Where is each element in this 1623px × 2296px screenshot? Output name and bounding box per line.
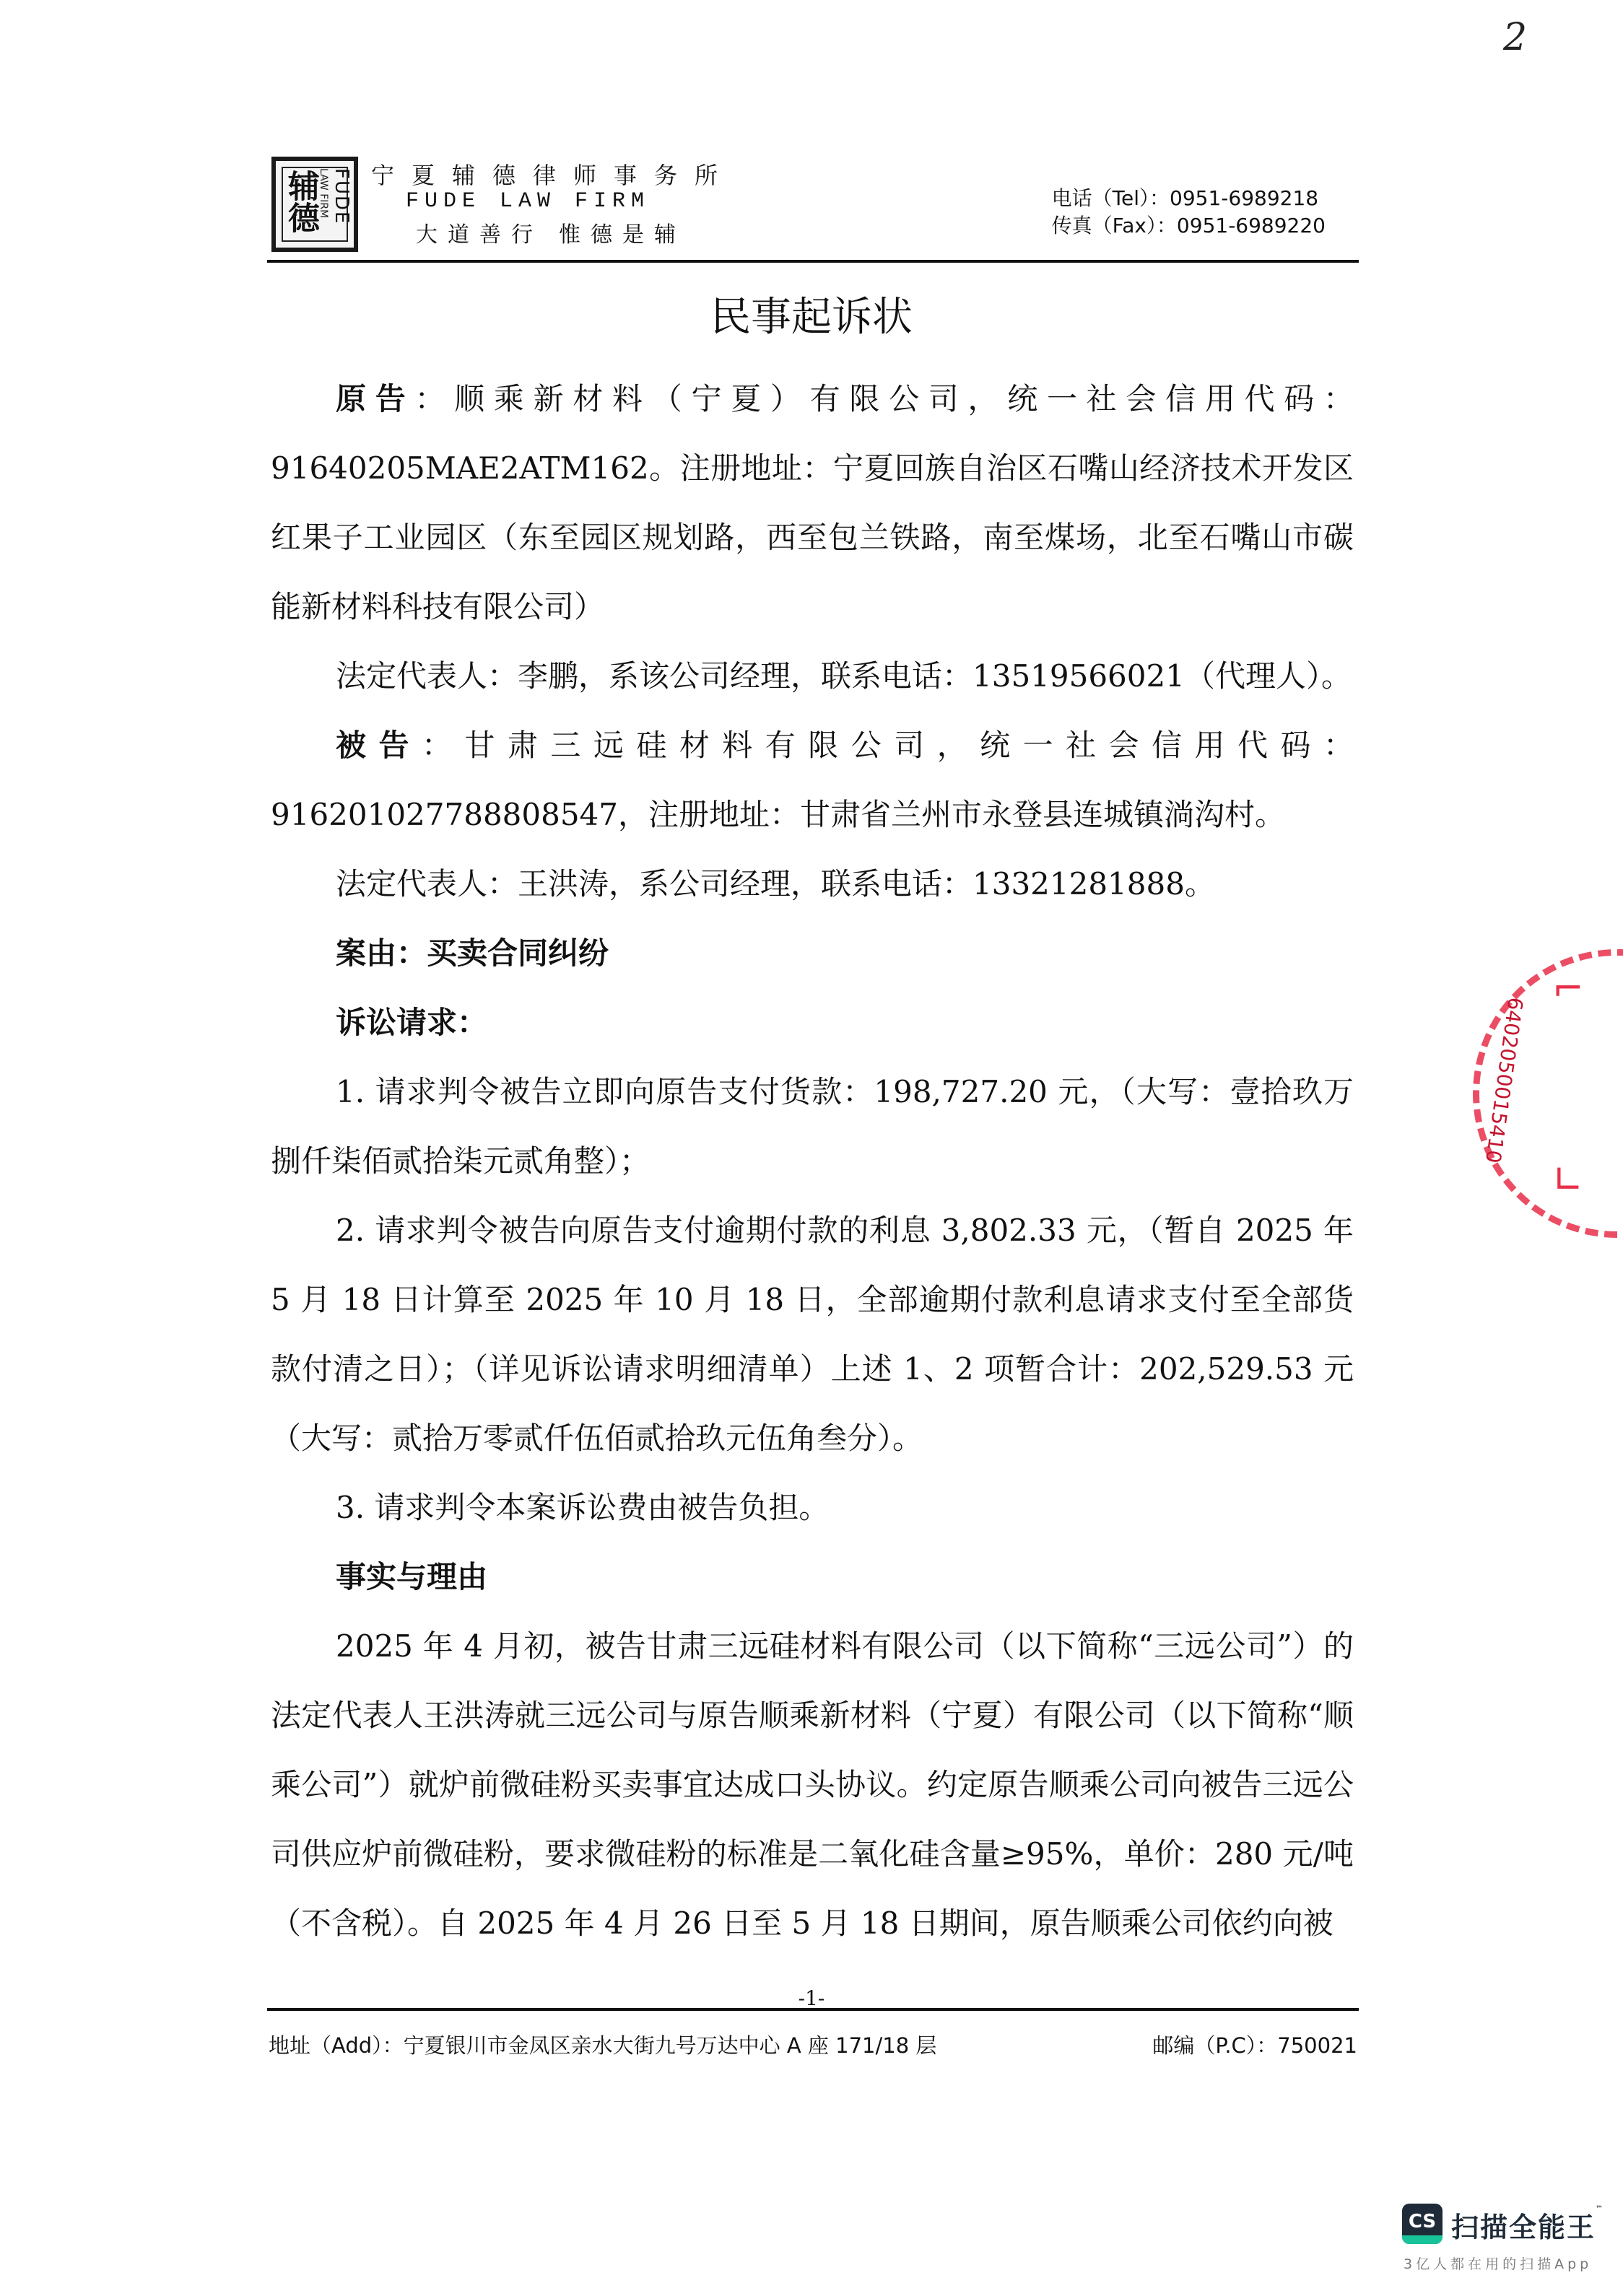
facts-paragraph: 2025 年 4 月初，被告甘肃三远硅材料有限公司（以下简称“三远公司”）的法定… [271, 1612, 1354, 1958]
telephone: 电话（Tel）：0951-6989218 [1052, 185, 1326, 212]
page-number: -1- [0, 1986, 1623, 2010]
law-firm-logo: 辅德 LAW FIRM FUDE [271, 157, 358, 252]
seal-bracket-mark-bottom: ∟ [1552, 1158, 1584, 1202]
camscanner-logo-icon: CS [1402, 2204, 1443, 2244]
logo-law-firm-text: LAW FIRM [318, 168, 329, 240]
firm-contact: 电话（Tel）：0951-6989218 传真（Fax）：0951-698922… [1052, 185, 1326, 240]
firm-name-chinese: 宁夏辅德律师事务所 [371, 157, 735, 191]
document-body: 原告：顺乘新材料（宁夏）有限公司，统一社会信用代码：91640205MAE2AT… [271, 365, 1354, 1958]
footer-postal-code: 邮编（P.C）：750021 [1152, 2030, 1357, 2059]
defendant-label: 被告 [336, 728, 422, 763]
camscanner-name-text: 扫描全能王 [1451, 2212, 1596, 2243]
facts-heading: 事实与理由 [271, 1542, 1354, 1612]
fax: 传真（Fax）：0951-6989220 [1052, 212, 1326, 240]
cause-of-action: 案由：买卖合同纠纷 [271, 919, 1354, 988]
plaintiff-label: 原告 [336, 381, 414, 416]
firm-name-english: FUDE LAW FIRM [406, 189, 650, 214]
motto-part-2: 惟德是辅 [559, 222, 686, 248]
logo-english-text: FUDE [331, 168, 352, 240]
plaintiff-details: ：顺乘新材料（宁夏）有限公司，统一社会信用代码：91640205MAE2ATM1… [271, 381, 1354, 624]
claim-item-3: 3. 请求判令本案诉讼费由被告负担。 [271, 1473, 1354, 1542]
defendant-details: ：甘肃三远硅材料有限公司，统一社会信用代码：916201027788808547… [271, 728, 1354, 832]
footer-address: 地址（Add）：宁夏银川市金凤区亲水大街九号万达中心 A 座 171/18 层 [269, 2030, 936, 2059]
camscanner-tagline: 3亿人都在用的扫描App [1404, 2253, 1592, 2273]
plaintiff-paragraph: 原告：顺乘新材料（宁夏）有限公司，统一社会信用代码：91640205MAE2AT… [271, 365, 1354, 642]
motto-part-1: 大道善行 [416, 222, 543, 248]
trademark-symbol: ™ [1596, 2205, 1604, 2213]
camscanner-brand-name: 扫描全能王™ [1451, 2205, 1604, 2245]
logo-chinese-characters: 辅德 [283, 168, 318, 240]
defendant-paragraph: 被告：甘肃三远硅材料有限公司，统一社会信用代码：9162010277888085… [271, 711, 1354, 850]
firm-motto: 大道善行惟德是辅 [416, 217, 686, 248]
seal-bracket-mark-top: ⌐ [1552, 967, 1584, 1010]
handwritten-page-marker: 2 [1503, 16, 1527, 59]
claim-item-2: 2. 请求判令被告向原告支付逾期付款的利息 3,802.33 元，（暂自 202… [271, 1196, 1354, 1473]
footer-divider [267, 2008, 1359, 2011]
claims-heading: 诉讼请求： [271, 988, 1354, 1057]
document-title: 民事起诉状 [0, 285, 1623, 343]
claim-item-1: 1. 请求判令被告立即向原告支付货款：198,727.20 元，（大写：壹拾玖万… [271, 1057, 1354, 1196]
defendant-legal-rep: 法定代表人：王洪涛，系公司经理，联系电话：13321281888。 [271, 850, 1354, 919]
plaintiff-legal-rep: 法定代表人：李鹏，系该公司经理，联系电话：13519566021（代理人）。 [271, 642, 1354, 711]
header-divider [267, 260, 1359, 263]
